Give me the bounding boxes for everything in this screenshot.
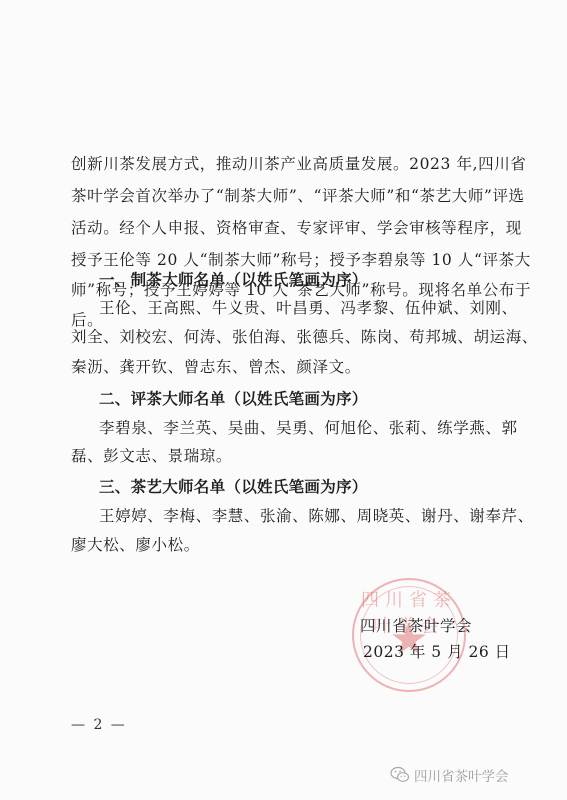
name-list-line: 王伦、王高熙、牛义贵、叶昌勇、冯孝黎、伍仲斌、刘刚、 — [99, 298, 489, 318]
name-list-line: 刘全、刘校宏、何涛、张伯海、张德兵、陈岗、苟邦城、胡运海、 — [71, 327, 461, 347]
name-list-line: 王婷婷、李梅、李慧、张渝、陈娜、周晓英、谢丹、谢奉芹、 — [99, 506, 489, 526]
section-heading-tea-making-masters: 一、制茶大师名单（以姓氏笔画为序） — [99, 270, 368, 290]
document-page: 创新川茶发展方式，推动川茶产业高质量发展。2023 年,四川省 茶叶学会首次举办… — [0, 0, 567, 800]
page-number: — 2 — — [71, 717, 127, 733]
signature-organization: 四川省茶叶学会 — [360, 616, 472, 636]
watermark-text: 四川省茶叶学会 — [414, 765, 509, 785]
wechat-watermark: 四川省茶叶学会 — [390, 763, 509, 787]
name-list-line: 秦沥、龚开钦、曾志东、曾杰、颜泽文。 — [71, 357, 461, 377]
name-list-line: 李碧泉、李兰英、吴曲、吴勇、何旭伦、张莉、练学燕、郭 — [99, 418, 489, 438]
body-line: 茶叶学会首次举办了“制茶大师”、“评茶大师”和“茶艺大师”评选 — [71, 186, 461, 206]
name-list-line: 廖大松、廖小松。 — [71, 535, 461, 555]
wechat-icon — [390, 766, 410, 784]
body-line: 授予王伦等 20 人“制茶大师”称号；授予李碧泉等 10 人“评茶大 — [71, 250, 461, 270]
signature-date: 2023 年 5 月 26 日 — [363, 642, 511, 662]
body-line: 创新川茶发展方式，推动川茶产业高质量发展。2023 年,四川省 — [71, 154, 461, 174]
name-list-line: 磊、彭文志、景瑞琼。 — [71, 446, 461, 466]
section-heading-tea-tasting-masters: 二、评茶大师名单（以姓氏笔画为序） — [99, 389, 368, 409]
body-line: 活动。经个人申报、资格审查、专家评审、学会审核等程序，现 — [71, 218, 461, 238]
section-heading-tea-art-masters: 三、茶艺大师名单（以姓氏笔画为序） — [99, 477, 368, 497]
